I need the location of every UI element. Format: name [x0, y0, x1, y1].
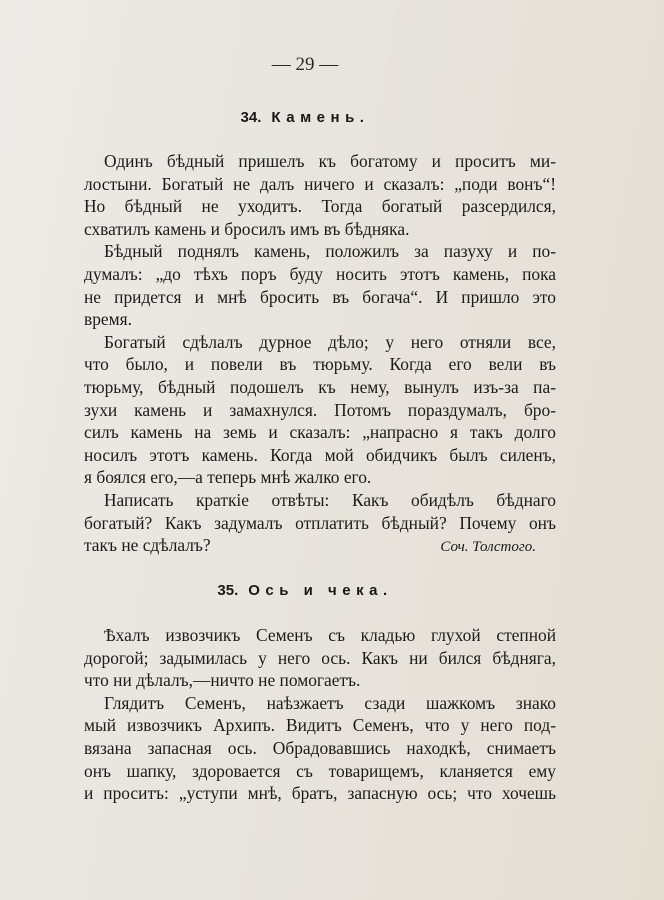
section-heading-34: 34.Камень. — [0, 109, 610, 126]
page-number: — 29 — — [0, 54, 610, 76]
attribution: Соч. Толстого. — [440, 536, 536, 559]
text-line: и проситъ: „уступи мнѣ, братъ, запасную … — [84, 782, 556, 805]
text-line: не придется и мнѣ бросить въ богача“. И … — [84, 286, 556, 309]
section-heading-35: 35.Ось и чека. — [0, 582, 610, 599]
text-line: я боялся его,—а теперь мнѣ жалко его. — [84, 466, 556, 489]
section-body-34: Одинъ бѣдный пришелъ къ богатому и проси… — [84, 150, 556, 557]
text-line: Глядитъ Семенъ, наѣзжаетъ сзади шажкомъ … — [84, 692, 556, 715]
text-line: вязана запасная ось. Обрадовавшись наход… — [84, 737, 556, 760]
text-line: Но бѣдный не уходитъ. Тогда богатый разс… — [84, 195, 556, 218]
section-number: 34. — [241, 109, 262, 126]
text-line: зухи камень и замахнулся. Потомъ поразду… — [84, 399, 556, 422]
section-body-35: Ѣхалъ извозчикъ Семенъ съ кладью глухой … — [84, 624, 556, 805]
text-line: думалъ: „до тѣхъ поръ буду носить этотъ … — [84, 263, 556, 286]
section-number: 35. — [217, 582, 238, 599]
text-line: Богатый сдѣлалъ дурное дѣло; у него отня… — [84, 331, 556, 354]
text-line: тюрьму, бѣдный подошелъ къ нему, вынулъ … — [84, 376, 556, 399]
text-line: Ѣхалъ извозчикъ Семенъ съ кладью глухой … — [84, 624, 556, 647]
text-line: что было, и повели въ тюрьму. Когда его … — [84, 353, 556, 376]
text-line: что ни дѣлалъ,—ничто не помогаетъ. — [84, 669, 556, 692]
text-line: лостыни. Богатый не далъ ничего и сказал… — [84, 173, 556, 196]
section-title: Камень. — [271, 109, 369, 126]
text-line: мый извозчикъ Архипъ. Видитъ Семенъ, что… — [84, 714, 556, 737]
text-line: богатый? Какъ задумалъ отплатить бѣдный?… — [84, 512, 556, 535]
text-line: силъ камень на земь и сказалъ: „напрасно… — [84, 421, 556, 444]
text-line: носилъ этотъ камень. Когда мой обидчикъ … — [84, 444, 556, 467]
text-line: Одинъ бѣдный пришелъ къ богатому и проси… — [84, 150, 556, 173]
text-line: Бѣдный поднялъ камень, положилъ за пазух… — [84, 240, 556, 263]
text-line: онъ шапку, здоровается съ товарищемъ, кл… — [84, 760, 556, 783]
text-line: схватилъ камень и бросилъ имъ въ бѣдняка… — [84, 218, 556, 241]
section-title: Ось и чека. — [248, 582, 392, 599]
text-line: Написать краткіе отвѣты: Какъ обидѣлъ бѣ… — [84, 489, 556, 512]
text-line: дорогой; задымилась у него ось. Какъ ни … — [84, 647, 556, 670]
text-line: время. — [84, 308, 556, 331]
